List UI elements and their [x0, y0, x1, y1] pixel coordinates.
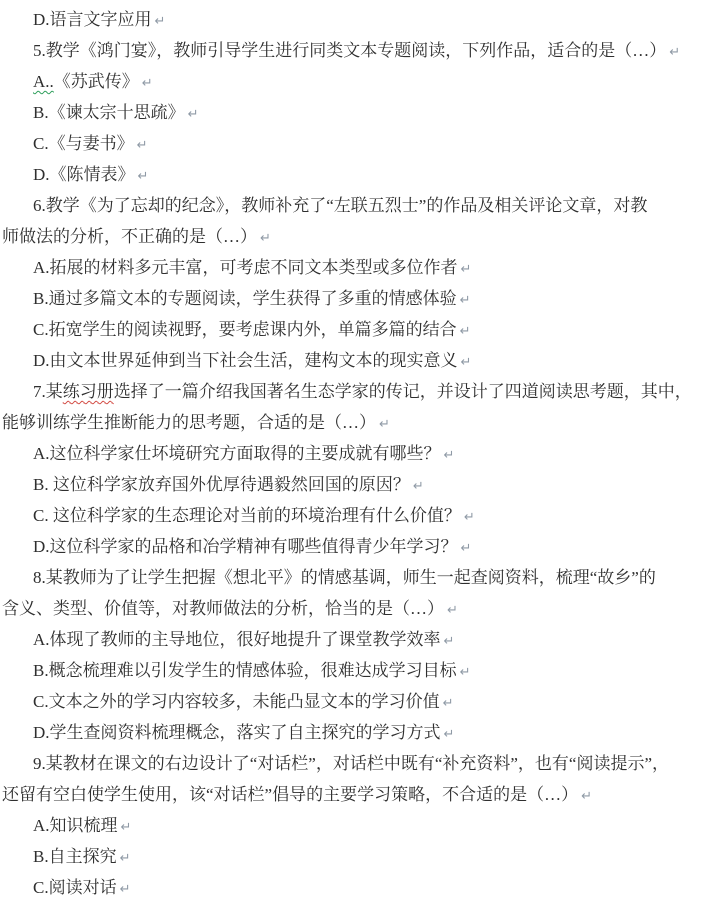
option-line: B.概念梳理难以引发学生的情感体验，很难达成学习目标↵: [0, 655, 708, 686]
option-line: A.知识梳理↵: [0, 810, 708, 841]
line-text: 还留有空白使学生使用，该“对话栏”倡导的主要学习策略，不合适的是（…）: [2, 785, 578, 804]
line-text: A.体现了教师的主导地位，很好地提升了课堂教学效率: [33, 630, 441, 649]
option-line: C.拓宽学生的阅读视野，要考虑课内外，单篇多篇的结合↵: [0, 314, 708, 345]
spellcheck-flagged-text: A..: [33, 72, 54, 91]
line-text: 含义、类型、价值等，对教师做法的分析，恰当的是（…）: [2, 599, 444, 618]
line-text: D.这位科学家的品格和冶学精神有哪些值得青少年学习？: [33, 537, 458, 556]
line-text: 能够训练学生推断能力的思考题，合适的是（…）: [2, 413, 376, 432]
paragraph-mark: ↵: [669, 45, 680, 60]
paragraph-mark: ↵: [460, 324, 471, 339]
paragraph-mark: ↵: [121, 820, 132, 835]
line-text: 《苏武传》: [54, 72, 139, 91]
line-text: A.拓展的材料多元丰富，可考虑不同文本类型或多位作者: [33, 258, 458, 277]
option-line: A.体现了教师的主导地位，很好地提升了课堂教学效率↵: [0, 624, 708, 655]
line-text: B. 这位科学家放弃国外优厚待遇毅然回国的原因？: [33, 475, 410, 494]
option-line: B. 这位科学家放弃国外优厚待遇毅然回国的原因？↵: [0, 469, 708, 500]
line-text: D.语言文字应用: [33, 10, 152, 29]
paragraph-mark: ↵: [413, 479, 424, 494]
question-line: 6.教学《为了忘却的纪念》，教师补充了“左联五烈士”的作品及相关评论文章，对教: [0, 190, 708, 221]
question-line: 9.某教材在课文的右边设计了“对话栏”，对话栏中既有“补充资料”，也有“阅读提示…: [0, 748, 708, 779]
option-line: D.语言文字应用↵: [0, 4, 708, 35]
continuation-line: 能够训练学生推断能力的思考题，合适的是（…）↵: [0, 407, 708, 438]
paragraph-mark: ↵: [188, 107, 199, 122]
line-text: 6.教学《为了忘却的纪念》，教师补充了“左联五烈士”的作品及相关评论文章，对教: [33, 196, 647, 215]
paragraph-mark: ↵: [120, 882, 131, 897]
paragraph-mark: ↵: [443, 696, 454, 711]
paragraph-mark: ↵: [461, 262, 472, 277]
option-line: A.拓展的材料多元丰富，可考虑不同文本类型或多位作者↵: [0, 252, 708, 283]
paragraph-mark: ↵: [444, 448, 455, 463]
option-line: D.由文本世界延伸到当下社会生活，建构文本的现实意义↵: [0, 345, 708, 376]
line-text: B.概念梳理难以引发学生的情感体验，很难达成学习目标: [33, 661, 457, 680]
line-text: C.阅读对话: [33, 878, 117, 897]
continuation-line: 还留有空白使学生使用，该“对话栏”倡导的主要学习策略，不合适的是（…）↵: [0, 779, 708, 810]
line-text: B.自主探究: [33, 847, 117, 866]
option-line: B.自主探究↵: [0, 841, 708, 872]
line-text: B.《谏太宗十思疏》: [33, 103, 185, 122]
spellcheck-flagged-text: 练习册: [63, 382, 114, 401]
line-text: D.学生查阅资料梳理概念，落实了自主探究的学习方式: [33, 723, 441, 742]
option-line: D.学生查阅资料梳理概念，落实了自主探究的学习方式↵: [0, 717, 708, 748]
option-line: A.这位科学家仕坏境研究方面取得的主要成就有哪些？↵: [0, 438, 708, 469]
line-text: B.通过多篇文本的专题阅读，学生获得了多重的情感体验: [33, 289, 457, 308]
continuation-line: 含义、类型、价值等，对教师做法的分析，恰当的是（…）↵: [0, 593, 708, 624]
question-line: 8.某教师为了让学生把握《想北平》的情感基调，师生一起查阅资料，梳理“故乡”的: [0, 562, 708, 593]
line-text: A.知识梳理: [33, 816, 118, 835]
line-text: 9.某教材在课文的右边设计了“对话栏”，对话栏中既有“补充资料”，也有“阅读提示…: [33, 754, 669, 773]
paragraph-mark: ↵: [447, 603, 458, 618]
line-text: C.文本之外的学习内容较多，未能凸显文本的学习价值: [33, 692, 440, 711]
line-text: 师做法的分析，不正确的是（…）: [2, 227, 257, 246]
line-text: 7.某: [33, 382, 63, 401]
line-text: D.由文本世界延伸到当下社会生活，建构文本的现实意义: [33, 351, 458, 370]
line-text: D.《陈情表》: [33, 165, 135, 184]
paragraph-mark: ↵: [464, 510, 475, 525]
option-line: D.《陈情表》↵: [0, 159, 708, 190]
option-line: C. 这位科学家的生态理论对当前的环境治理有什么价值？↵: [0, 500, 708, 531]
line-text: C.拓宽学生的阅读视野，要考虑课内外，单篇多篇的结合: [33, 320, 457, 339]
paragraph-mark: ↵: [379, 417, 390, 432]
line-text: A.这位科学家仕坏境研究方面取得的主要成就有哪些？: [33, 444, 441, 463]
paragraph-mark: ↵: [260, 231, 271, 246]
paragraph-mark: ↵: [444, 634, 455, 649]
paragraph-mark: ↵: [138, 169, 149, 184]
paragraph-mark: ↵: [581, 789, 592, 804]
paragraph-mark: ↵: [460, 293, 471, 308]
option-line: A..《苏武传》↵: [0, 66, 708, 97]
document-canvas[interactable]: D.语言文字应用↵ 5.教学《鸿门宴》，教师引导学生进行同类文本专题阅读，下列作…: [0, 0, 708, 900]
paragraph-mark: ↵: [120, 851, 131, 866]
line-text: C. 这位科学家的生态理论对当前的环境治理有什么价值？: [33, 506, 461, 525]
question-line: 7.某练习册选择了一篇介绍我国著名生态学家的传记，并设计了四道阅读思考题，其中，: [0, 376, 708, 407]
option-line: B.《谏太宗十思疏》↵: [0, 97, 708, 128]
line-text: 5.教学《鸿门宴》，教师引导学生进行同类文本专题阅读，下列作品，适合的是（…）: [33, 41, 666, 60]
option-line: D.这位科学家的品格和冶学精神有哪些值得青少年学习？↵: [0, 531, 708, 562]
option-line: B.通过多篇文本的专题阅读，学生获得了多重的情感体验↵: [0, 283, 708, 314]
line-text: 选择了一篇介绍我国著名生态学家的传记，并设计了四道阅读思考题，其中，: [114, 382, 692, 401]
paragraph-mark: ↵: [460, 665, 471, 680]
paragraph-mark: ↵: [461, 541, 472, 556]
paragraph-mark: ↵: [461, 355, 472, 370]
option-line: C.文本之外的学习内容较多，未能凸显文本的学习价值↵: [0, 686, 708, 717]
option-line: C.《与妻书》↵: [0, 128, 708, 159]
paragraph-mark: ↵: [142, 76, 153, 91]
line-text: C.《与妻书》: [33, 134, 134, 153]
continuation-line: 师做法的分析，不正确的是（…）↵: [0, 221, 708, 252]
paragraph-mark: ↵: [155, 14, 166, 29]
paragraph-mark: ↵: [137, 138, 148, 153]
question-line: 5.教学《鸿门宴》，教师引导学生进行同类文本专题阅读，下列作品，适合的是（…）↵: [0, 35, 708, 66]
option-line: C.阅读对话↵: [0, 872, 708, 900]
line-text: 8.某教师为了让学生把握《想北平》的情感基调，师生一起查阅资料，梳理“故乡”的: [33, 568, 656, 587]
paragraph-mark: ↵: [444, 727, 455, 742]
